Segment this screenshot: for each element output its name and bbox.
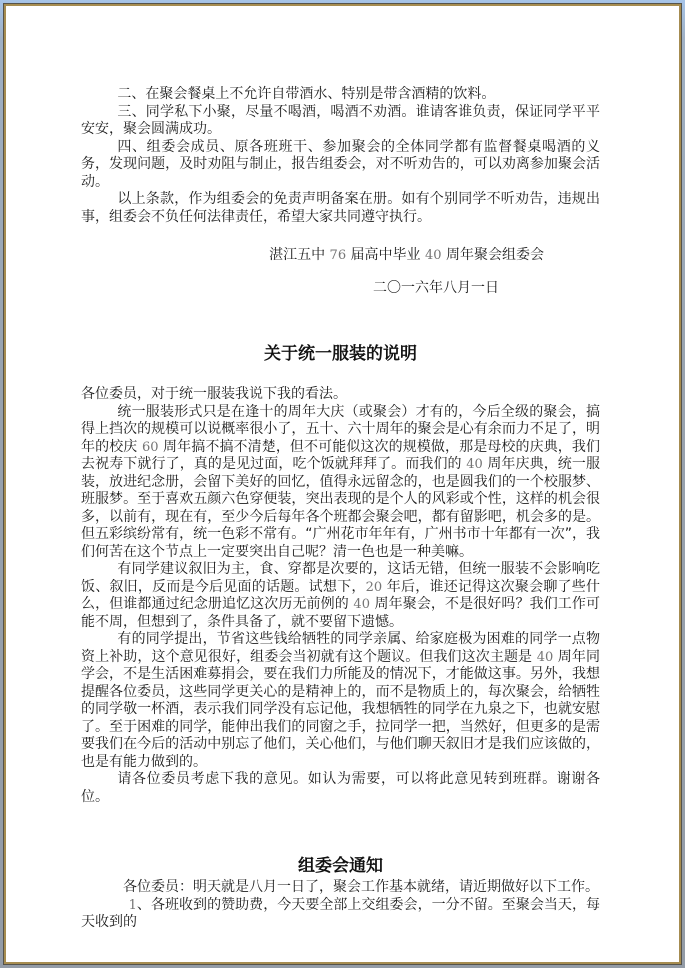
uniform-intro: 各位委员，对于统一服装我说下我的看法。 xyxy=(81,386,600,404)
signature-line: 湛江五中 76 届高中毕业 40 周年聚会组委会 xyxy=(81,247,600,265)
uniform-paragraph-3: 有的同学提出，节省这些钱给牺牲的同学亲属、给家庭极为困难的同学一点物资上补助，这… xyxy=(81,631,600,771)
notice-line-1: 各位委员：明天就是八月一日了，聚会工作基本就绪，请近期做好以下工作。 xyxy=(81,879,600,897)
window-frame: 二、在聚会餐桌上不允许自带酒水、特别是带含酒精的饮料。 三、同学私下小聚，尽量不… xyxy=(0,0,685,968)
uniform-paragraph-1: 统一服装形式只是在逢十的周年大庆（或聚会）才有的，今后全级的聚会，搞得上挡次的规… xyxy=(81,404,600,562)
document-page: 二、在聚会餐桌上不允许自带酒水、特别是带含酒精的饮料。 三、同学私下小聚，尽量不… xyxy=(4,4,681,964)
date-line: 二〇一六年八月一日 xyxy=(81,280,600,298)
rule-item-3: 三、同学私下小聚，尽量不喝酒，喝酒不劝酒。谁请客谁负责，保证同学平平安安，聚会圆… xyxy=(81,104,600,139)
uniform-paragraph-2: 有同学建议叙旧为主，食、穿都是次要的，这话无错，但统一服装不会影响吃饭、叙旧，反… xyxy=(81,561,600,631)
rule-item-disclaimer: 以上条款，作为组委会的免责声明备案在册。如有个别同学不听劝告，违规出事，组委会不… xyxy=(81,191,600,226)
rule-item-2: 二、在聚会餐桌上不允许自带酒水、特别是带含酒精的饮料。 xyxy=(81,86,600,104)
notice-line-2: 1、各班收到的赞助费，今天要全部上交组委会，一分不留。至聚会当天，每天收到的 xyxy=(81,897,600,932)
document-content: 二、在聚会餐桌上不允许自带酒水、特别是带含酒精的饮料。 三、同学私下小聚，尽量不… xyxy=(6,6,679,932)
section-title-notice: 组委会通知 xyxy=(81,856,600,877)
section-title-uniform: 关于统一服装的说明 xyxy=(81,344,600,365)
rule-item-4: 四、组委会成员、原各班班干、参加聚会的全体同学都有监督餐桌喝酒的义务，发现问题，… xyxy=(81,139,600,192)
uniform-paragraph-closing: 请各位委员考虑下我的意见。如认为需要，可以将此意见转到班群。谢谢各位。 xyxy=(81,771,600,806)
